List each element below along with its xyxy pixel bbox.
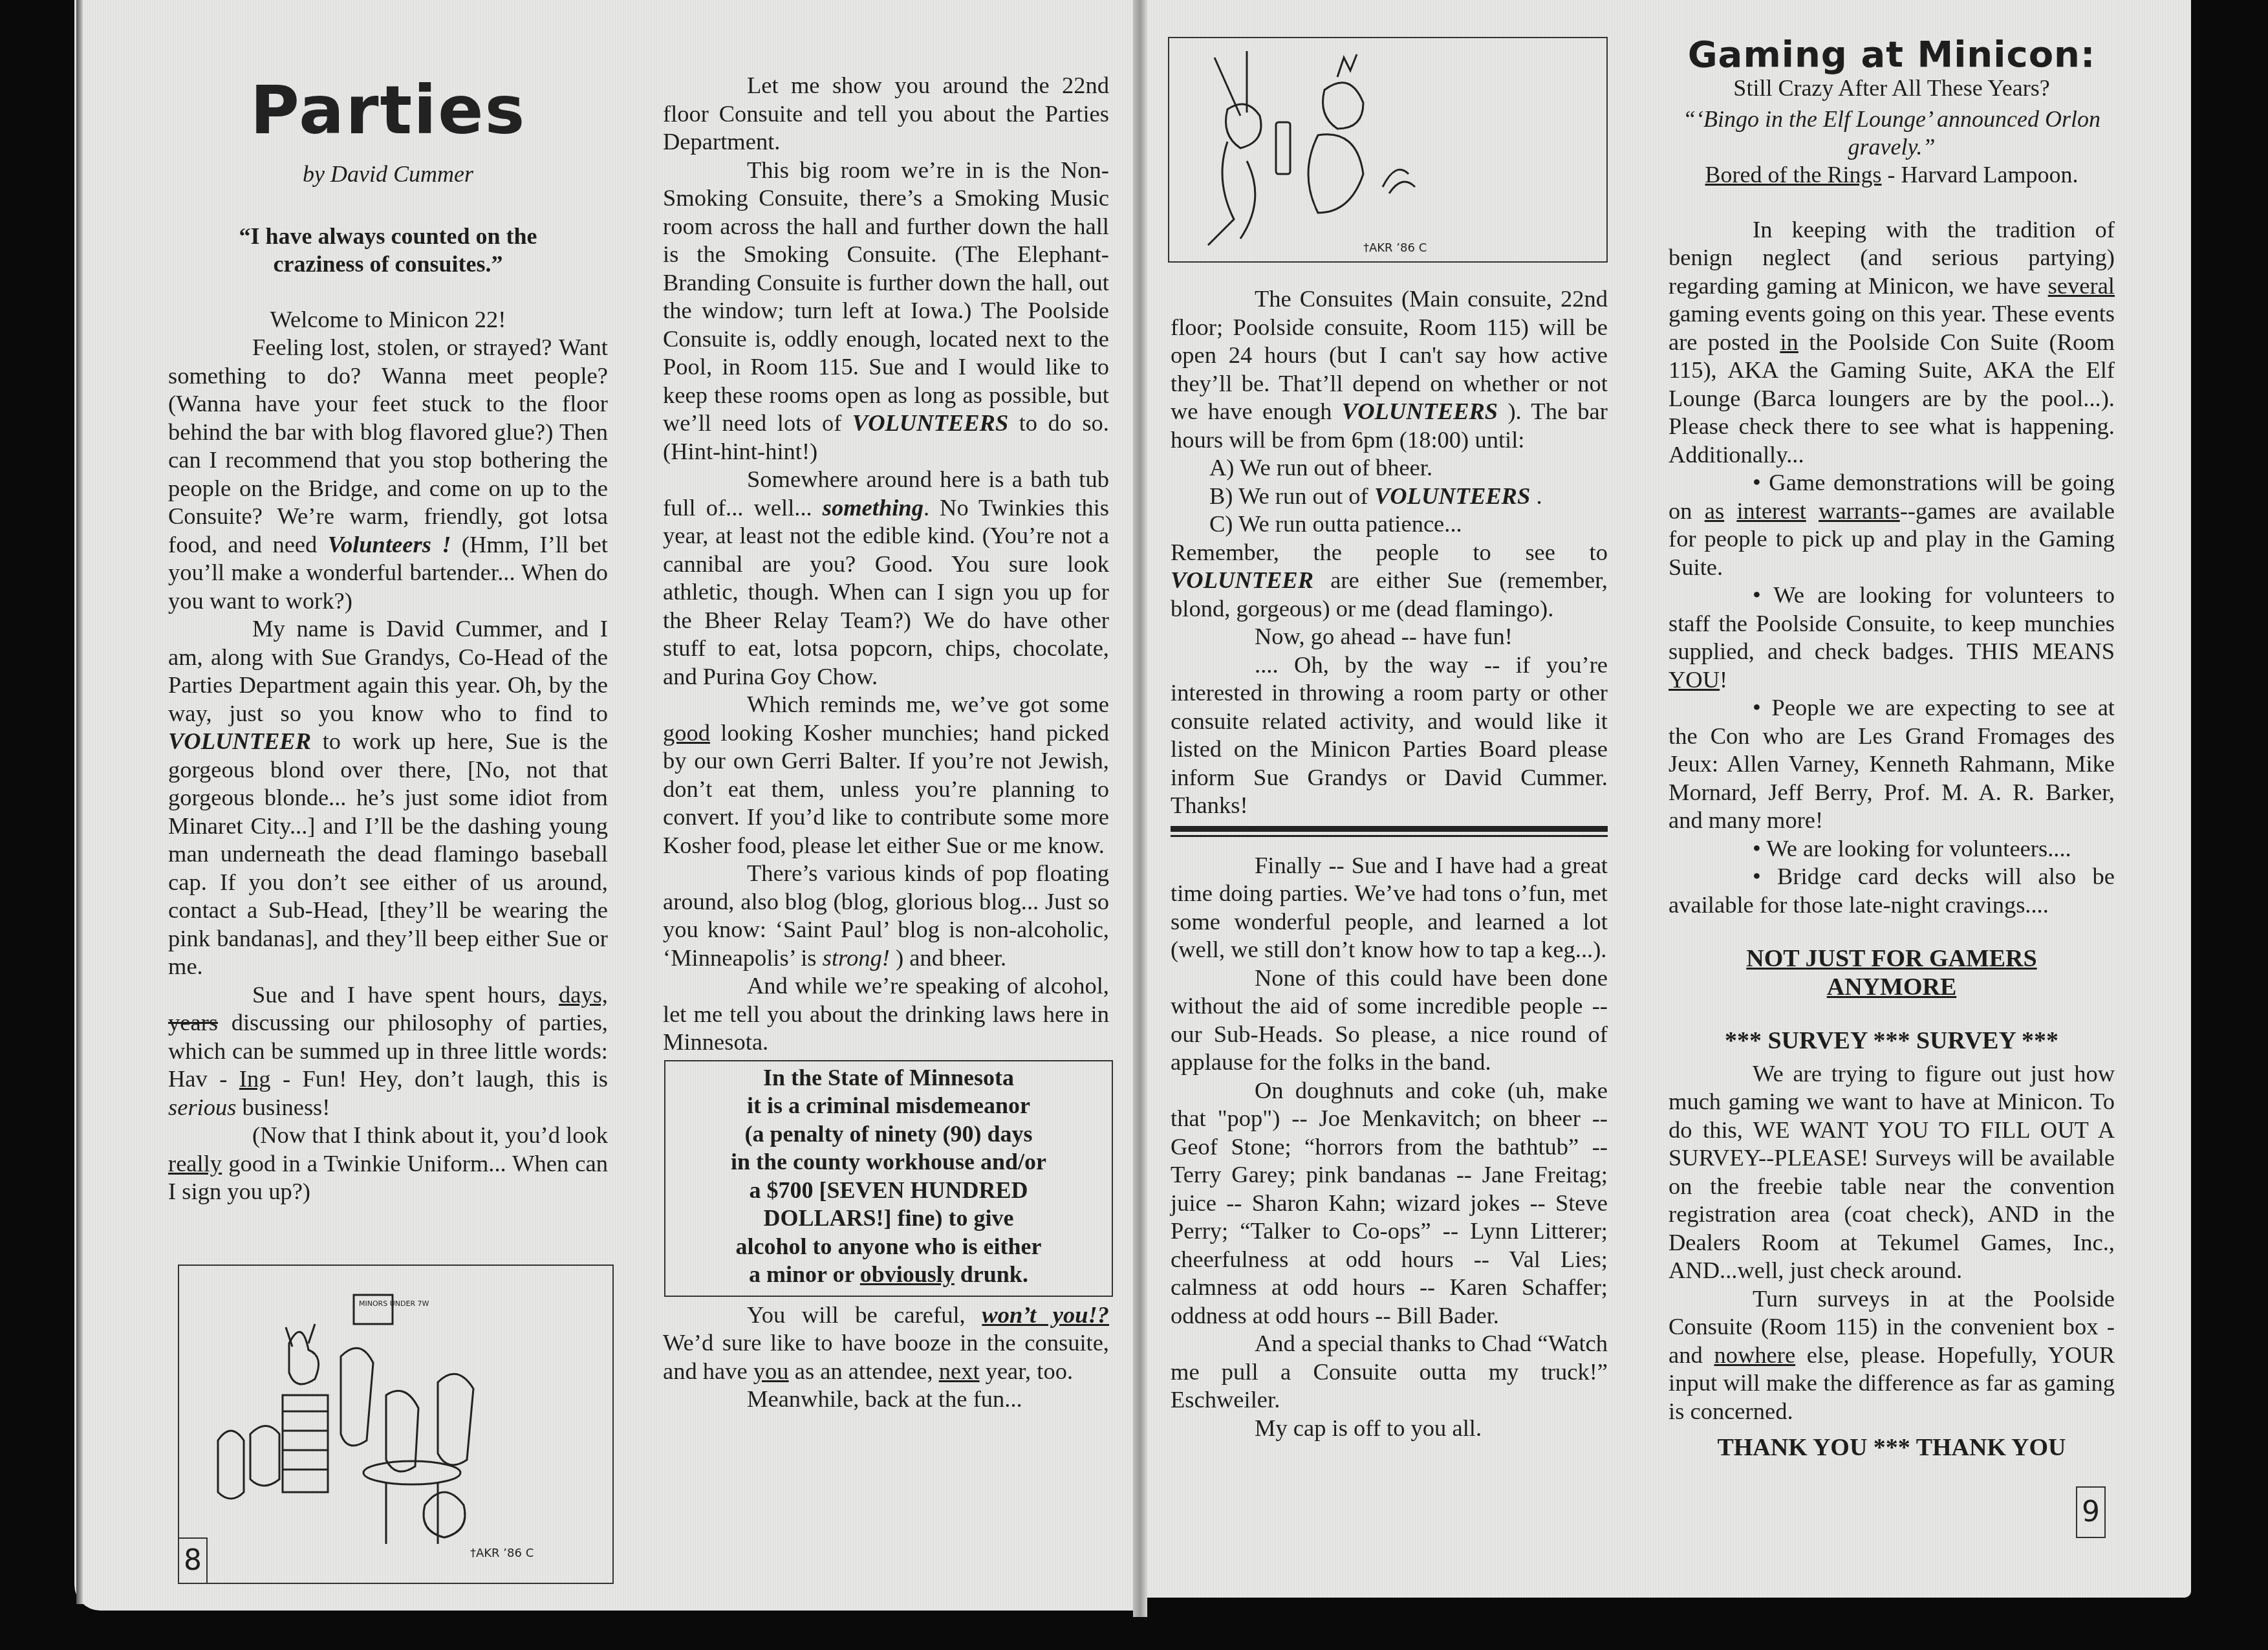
pull-quote: “I have always counted on the craziness … [194, 223, 582, 278]
paragraph: Finally -- Sue and I have had a great ti… [1171, 851, 1608, 964]
paragraph: My cap is off to you all. [1171, 1414, 1608, 1442]
cartoon-illustration-elves: †AKR ’86 C [1168, 37, 1608, 263]
paragraph: My name is David Cummer, and I am, along… [168, 614, 608, 981]
section-heading: NOT JUST FOR GAMERSANYMORE [1669, 944, 2115, 1001]
paragraph: Remember, the people to see to VOLUNTEER… [1171, 538, 1608, 623]
thank-you-line: THANK YOU *** THANK YOU [1669, 1434, 2115, 1462]
paragraph: Now, go ahead -- have fun! [1171, 622, 1608, 651]
list-item: A) We run out of bheer. [1171, 453, 1608, 482]
paragraph: Sue and I have spent hours, days, years … [168, 981, 608, 1122]
article-subtitle: Still Crazy After All These Years? [1669, 74, 2115, 102]
paragraph: Meanwhile, back at the fun... [663, 1385, 1109, 1413]
list-item: C) We run outta patience... [1171, 510, 1608, 538]
paragraph: Let me show you around the 22nd floor Co… [663, 71, 1109, 156]
paragraph: This big room we’re in is the Non-Smokin… [663, 156, 1109, 466]
parties-column-3: The Consuites (Main consuite, 22nd floor… [1171, 285, 1608, 1442]
paragraph: You will be careful, won’t you!? We’d su… [663, 1301, 1109, 1385]
minnesota-law-notice-box: In the State of Minnesota it is a crimin… [664, 1060, 1113, 1297]
parties-column-1: Parties by David Cummer “I have always c… [168, 71, 608, 1206]
epigraph-citation: Bored of the Rings - Harvard Lampoon. [1669, 161, 2115, 190]
gaming-column: Gaming at Minicon: Still Crazy After All… [1669, 36, 2115, 1462]
paragraph: On doughnuts and coke (uh, make that "po… [1171, 1076, 1608, 1330]
paragraph: Welcome to Minicon 22! [168, 305, 608, 334]
bullet-item: • Game demonstrations will be going on a… [1669, 468, 2115, 581]
paragraph: .... Oh, by the way -- if you’re interes… [1171, 651, 1608, 820]
svg-text:MINORS UNDER 7W: MINORS UNDER 7W [359, 1299, 429, 1308]
paragraph: In keeping with the tradition of benign … [1669, 215, 2115, 469]
paragraph: Turn surveys in at the Poolside Consuite… [1669, 1285, 2115, 1426]
paragraph: (Now that I think about it, you’d look r… [168, 1121, 608, 1206]
cartoon-drawing: †AKR ’86 C [1169, 38, 1606, 261]
svg-text:†AKR ’86 C: †AKR ’86 C [470, 1547, 534, 1560]
paragraph: We are trying to figure out just how muc… [1669, 1059, 2115, 1285]
section-divider [1171, 826, 1608, 837]
bullet-item: • We are looking for volunteers to staff… [1669, 581, 2115, 693]
paragraph: And while we’re speaking of alcohol, let… [663, 972, 1109, 1056]
page-edge [76, 0, 83, 1604]
article-title: Parties [168, 71, 608, 149]
paragraph: There’s various kinds of pop floating ar… [663, 859, 1109, 972]
paragraph: Somewhere around here is a bath tub full… [663, 465, 1109, 690]
paragraph: Which reminds me, we’ve got some good lo… [663, 690, 1109, 859]
parties-column-2: Let me show you around the 22nd floor Co… [663, 71, 1109, 1413]
svg-text:†AKR ’86 C: †AKR ’86 C [1363, 241, 1427, 255]
article-title: Gaming at Minicon: [1669, 36, 2115, 74]
epigraph: “‘Bingo in the Elf Lounge’ announced Orl… [1675, 105, 2108, 161]
bullet-item: • We are looking for volunteers.... [1669, 834, 2115, 863]
paragraph: None of this could have been done withou… [1171, 964, 1608, 1076]
byline: by David Cummer [168, 160, 608, 189]
bullet-item: • People we are expecting to see at the … [1669, 693, 2115, 834]
paragraph: Feeling lost, stolen, or strayed? Want s… [168, 333, 608, 614]
book-gutter [1133, 0, 1147, 1617]
page-number-8: 8 [178, 1537, 208, 1584]
paragraph: And a special thanks to Chad “Watch me p… [1171, 1329, 1608, 1414]
cartoon-drawing: MINORS UNDER 7W †AKR ’86 C [179, 1266, 612, 1583]
cartoon-illustration-bar: MINORS UNDER 7W †AKR ’86 C 8 [178, 1265, 614, 1584]
list-item: B) We run out of VOLUNTEERS . [1171, 482, 1608, 510]
survey-heading: *** SURVEY *** SURVEY *** [1669, 1027, 2115, 1056]
paragraph: The Consuites (Main consuite, 22nd floor… [1171, 285, 1608, 453]
page-number-9: 9 [2076, 1486, 2106, 1538]
bullet-item: • Bridge card decks will also be availab… [1669, 862, 2115, 918]
